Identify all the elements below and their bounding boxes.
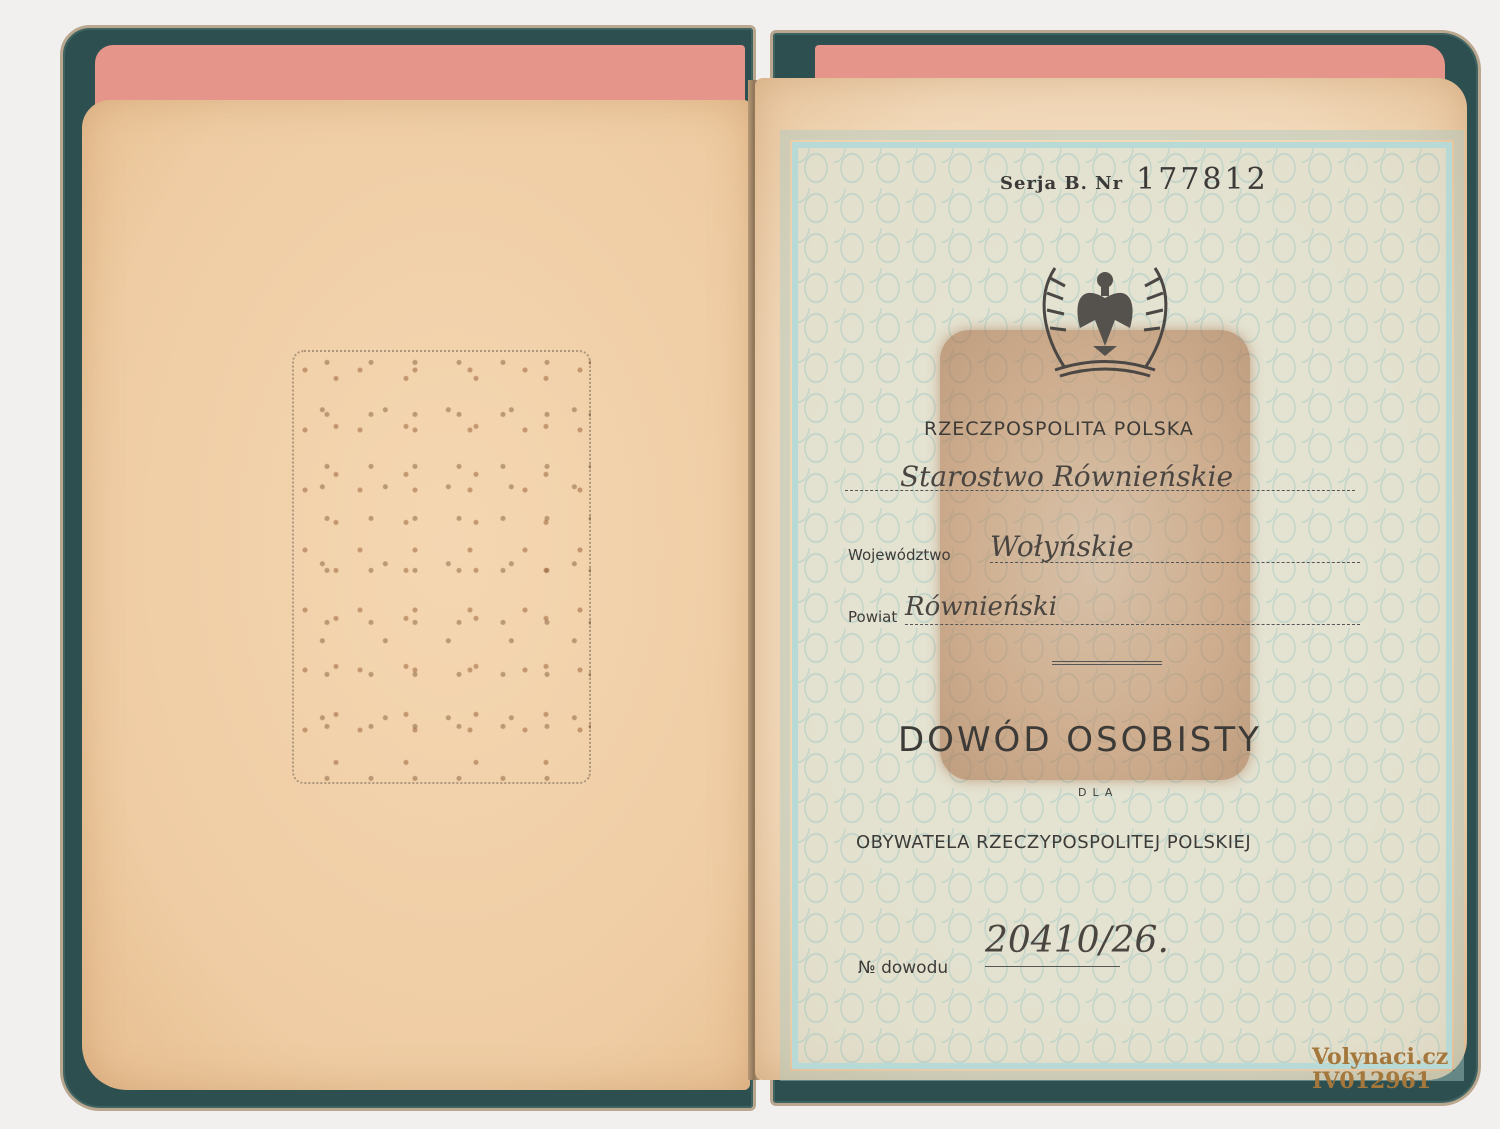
serial-value: 177812 bbox=[1136, 162, 1269, 197]
serial-number: Serja B. Nr 177812 bbox=[1000, 162, 1300, 197]
photo-imprint bbox=[292, 350, 591, 784]
watermark-site: Volynaci.cz bbox=[1312, 1045, 1448, 1069]
for-label: DLA bbox=[1078, 786, 1118, 799]
issuing-office-handwritten: Starostwo Równieńskie bbox=[900, 460, 1233, 493]
serial-label: Serja B. Nr bbox=[1000, 173, 1123, 194]
id-number-line bbox=[985, 966, 1120, 967]
county-line bbox=[905, 624, 1360, 625]
country-heading: RZECZPOSPOLITA POLSKA bbox=[924, 418, 1194, 440]
id-number-label: № dowodu bbox=[858, 958, 948, 978]
county-value: Równieński bbox=[905, 592, 1057, 622]
citizen-line: OBYWATELA RZECZYPOSPOLITEJ POLSKIEJ bbox=[856, 832, 1251, 853]
polish-eagle-crest-icon bbox=[1025, 258, 1185, 380]
watermark-id: IV012961 bbox=[1312, 1069, 1448, 1093]
document-title: DOWÓD OSOBISTY bbox=[898, 720, 1262, 760]
watermark: Volynaci.cz IV012961 bbox=[1312, 1045, 1448, 1093]
voivodeship-label: Województwo bbox=[848, 546, 951, 564]
voivodeship-value: Wołyńskie bbox=[990, 530, 1134, 563]
id-number-value: 20410/26. bbox=[985, 920, 1169, 961]
county-label: Powiat bbox=[848, 608, 897, 626]
issuing-office-line bbox=[845, 490, 1355, 491]
voivodeship-line bbox=[990, 562, 1360, 563]
divider-double-rule bbox=[1052, 661, 1162, 665]
